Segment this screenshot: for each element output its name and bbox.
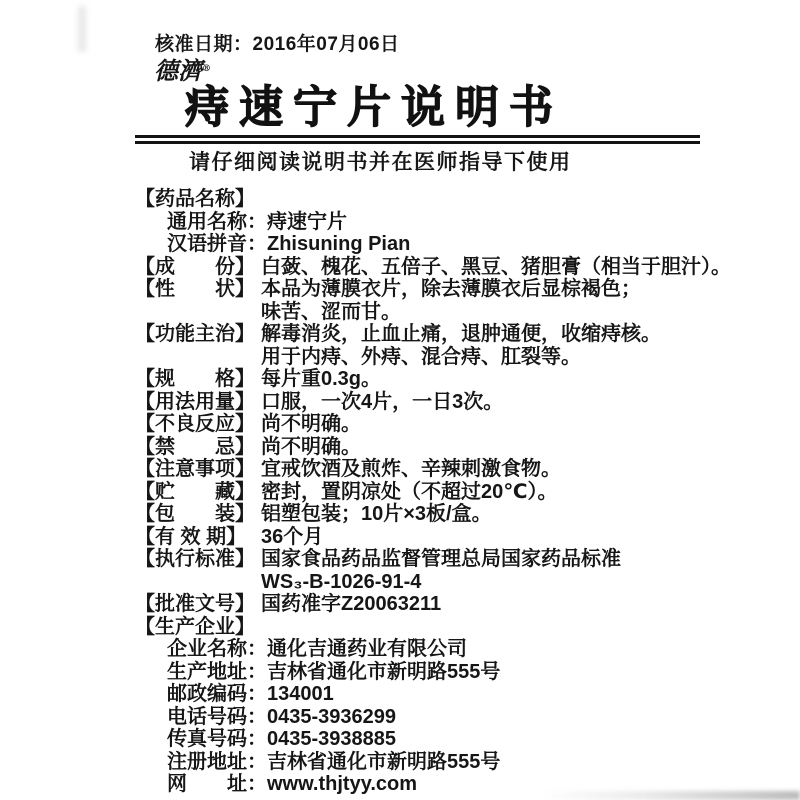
field-value: 用于内痔、外痔、混合痔、肛裂等。 — [261, 346, 581, 369]
field-row-shelf-life: 【有 效 期】36个月 — [135, 526, 800, 549]
field-label: 邮政编码： — [167, 683, 267, 706]
field-value: 每片重0.3g。 — [261, 368, 381, 391]
leaflet-body: 【药品名称】 通用名称：痔速宁片 汉语拼音：Zhisuning Pian 【成 … — [135, 188, 800, 796]
field-value: 口服，一次4片，一日3次。 — [261, 391, 503, 414]
field-row-manufacturer: 【生产企业】 — [135, 616, 800, 639]
field-value: 134001 — [267, 683, 334, 706]
field-row-standard: 【执行标准】国家食品药品监督管理总局国家药品标准 — [135, 548, 800, 571]
brand-logo-text: 德濟 — [154, 56, 202, 85]
field-row-ingredients: 【成 份】白蔹、槐花、五倍子、黑豆、猪胆膏（相当于胆汁）。 — [135, 256, 800, 279]
field-row-postal-code: 邮政编码：134001 — [135, 683, 800, 706]
field-row-storage: 【贮 藏】密封，置阴凉处（不超过20℃）。 — [135, 481, 800, 504]
page-title: 痔速宁片说明书 — [185, 84, 800, 132]
field-row-dosage: 【用法用量】口服，一次4片，一日3次。 — [135, 391, 800, 414]
field-label: 通用名称： — [167, 211, 267, 234]
field-value: 本品为薄膜衣片，除去薄膜衣后显棕褐色； — [261, 278, 641, 301]
rule-thin-line — [135, 135, 700, 138]
field-value: 密封，置阴凉处（不超过20℃）。 — [261, 481, 557, 504]
field-row-precautions: 【注意事项】宜戒饮酒及煎炸、辛辣刺激食物。 — [135, 458, 800, 481]
field-label: 传真号码： — [167, 728, 267, 751]
field-row-strength: 【规 格】每片重0.3g。 — [135, 368, 800, 391]
approval-date-value: 2016年07月06日 — [253, 34, 400, 55]
double-rule — [135, 135, 700, 144]
field-label: 【包 装】 — [135, 503, 261, 526]
usage-warning-subtitle: 请仔细阅读说明书并在医师指导下使用 — [189, 151, 800, 175]
field-value: 铝塑包装；10片×3板/盒。 — [261, 503, 492, 526]
field-row-pinyin: 汉语拼音：Zhisuning Pian — [135, 233, 800, 256]
field-value: 尚不明确。 — [261, 413, 361, 436]
field-row-functions: 【功能主治】解毒消炎，止血止痛，退肿通便，收缩痔核。 — [135, 323, 800, 346]
field-row-approval-number: 【批准文号】国药准字Z20063211 — [135, 593, 800, 616]
field-label: 生产地址： — [167, 661, 267, 684]
field-value: 宜戒饮酒及煎炸、辛辣刺激食物。 — [261, 458, 561, 481]
field-label: 【有 效 期】 — [135, 526, 261, 549]
field-row-description: 【性 状】本品为薄膜衣片，除去薄膜衣后显棕褐色； — [135, 278, 800, 301]
field-row-registered-address: 注册地址：吉林省通化市新明路555号 — [135, 751, 800, 774]
field-label: 【规 格】 — [135, 368, 261, 391]
field-row-adverse-reactions: 【不良反应】尚不明确。 — [135, 413, 800, 436]
brand-logo: 德濟® — [154, 58, 800, 84]
field-value: 味苦、涩而甘。 — [261, 301, 401, 324]
field-label: 【不良反应】 — [135, 413, 261, 436]
field-label: 汉语拼音： — [167, 233, 267, 256]
field-value: 尚不明确。 — [261, 436, 361, 459]
field-label: 【功能主治】 — [135, 323, 261, 346]
field-label: 【禁 忌】 — [135, 436, 261, 459]
field-label: 【药品名称】 — [135, 188, 261, 211]
field-value: 国药准字Z20063211 — [261, 593, 441, 616]
field-label: 【注意事项】 — [135, 458, 261, 481]
field-value: 通化吉通药业有限公司 — [267, 638, 467, 661]
field-value: 36个月 — [261, 526, 323, 549]
field-label: 【性 状】 — [135, 278, 261, 301]
field-row-standard-code: WS₃-B-1026-91-4 — [135, 571, 800, 594]
registered-trademark-icon: ® — [202, 64, 211, 74]
field-row-generic-name: 通用名称：痔速宁片 — [135, 211, 800, 234]
field-row-drug-name: 【药品名称】 — [135, 188, 800, 211]
field-row-phone: 电话号码：0435-3936299 — [135, 706, 800, 729]
leaflet-page: 核准日期：2016年07月06日 德濟® 痔速宁片说明书 请仔细阅读说明书并在医… — [0, 0, 800, 800]
field-label: 【批准文号】 — [135, 593, 261, 616]
field-row-production-address: 生产地址：吉林省通化市新明路555号 — [135, 661, 800, 684]
field-value: Zhisuning Pian — [267, 233, 410, 256]
scan-artifact-left — [78, 6, 86, 52]
field-value: 吉林省通化市新明路555号 — [267, 661, 500, 684]
field-row-company-name: 企业名称：通化吉通药业有限公司 — [135, 638, 800, 661]
approval-date-line: 核准日期：2016年07月06日 — [155, 33, 800, 57]
field-value: 白蔹、槐花、五倍子、黑豆、猪胆膏（相当于胆汁）。 — [261, 256, 731, 279]
field-value: 国家食品药品监督管理总局国家药品标准 — [261, 548, 621, 571]
field-label: 【用法用量】 — [135, 391, 261, 414]
field-value: WS₃-B-1026-91-4 — [261, 571, 421, 594]
approval-date-label: 核准日期： — [155, 34, 253, 55]
field-value: 0435-3938885 — [267, 728, 396, 751]
field-row-functions-cont: 用于内痔、外痔、混合痔、肛裂等。 — [135, 346, 800, 369]
field-row-fax: 传真号码：0435-3938885 — [135, 728, 800, 751]
field-label: 【成 份】 — [135, 256, 261, 279]
field-label: 企业名称： — [167, 638, 267, 661]
field-row-description-cont: 味苦、涩而甘。 — [135, 301, 800, 324]
field-value: 解毒消炎，止血止痛，退肿通便，收缩痔核。 — [261, 323, 661, 346]
scan-artifact-bottom — [540, 791, 800, 800]
field-label: 电话号码： — [167, 706, 267, 729]
field-label: 【执行标准】 — [135, 548, 261, 571]
field-value: www.thjtyy.com — [267, 773, 417, 796]
field-label: 【生产企业】 — [135, 616, 261, 639]
field-value: 0435-3936299 — [267, 706, 396, 729]
field-label: 注册地址： — [167, 751, 267, 774]
field-value: 吉林省通化市新明路555号 — [267, 751, 500, 774]
field-label: 网 址： — [167, 773, 267, 796]
field-label: 【贮 藏】 — [135, 481, 261, 504]
rule-thick-line — [135, 141, 700, 145]
field-row-packaging: 【包 装】铝塑包装；10片×3板/盒。 — [135, 503, 800, 526]
field-row-contraindications: 【禁 忌】尚不明确。 — [135, 436, 800, 459]
field-value: 痔速宁片 — [267, 211, 347, 234]
